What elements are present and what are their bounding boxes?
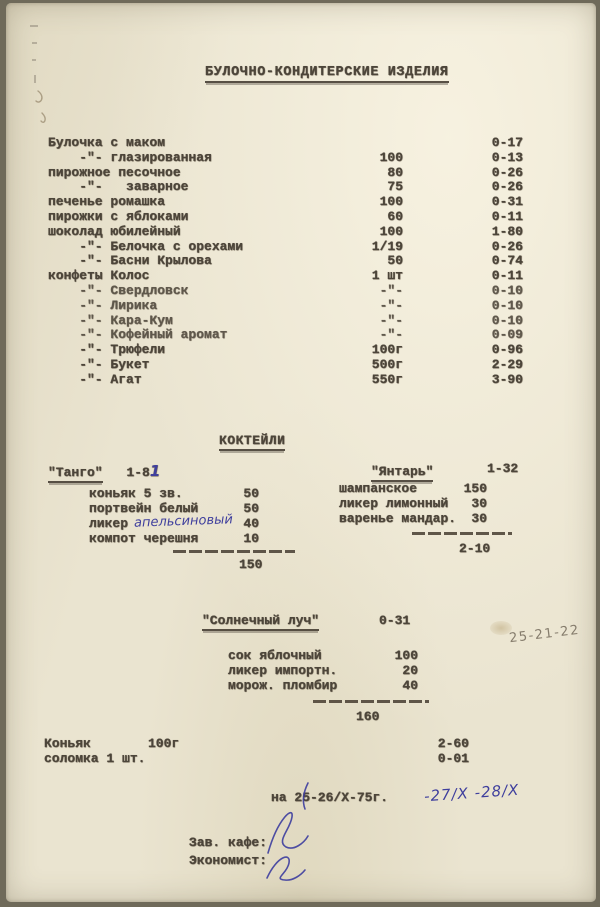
item-name: сок яблочный	[228, 648, 368, 663]
cocktails-heading: КОКТЕЙЛИ	[219, 433, 285, 451]
item-qty: 30	[451, 511, 487, 526]
menu-row: конфеты Колос1 шт0-11	[48, 269, 526, 284]
sunray-total-rule	[313, 700, 429, 703]
item-price: 0-26	[403, 240, 523, 255]
item-price: 0-01	[218, 751, 469, 766]
menu-row: -"- Лирика-"-0-10	[48, 299, 526, 314]
item-name: морож. пломбир	[228, 678, 368, 693]
item-price: 0-10	[403, 314, 523, 329]
item-price: 0-26	[403, 166, 523, 181]
item-name: -"- заварное	[48, 180, 328, 195]
yantar-total: 2-10	[459, 541, 490, 556]
item-qty: 30	[451, 496, 487, 511]
item-price: 2-29	[403, 358, 523, 373]
sunray-name: "Солнечный луч"	[202, 613, 319, 631]
menu-row: соломка 1 шт.0-01	[44, 751, 469, 766]
item-qty	[328, 136, 403, 151]
menu-row: -"- Букет500г2-29	[48, 358, 526, 373]
menu-row: шоколад юбилейный1001-80	[48, 225, 526, 240]
item-qty: 100г	[328, 343, 403, 358]
item-qty: 100	[328, 151, 403, 166]
item-price: 0-26	[403, 180, 523, 195]
yantar-price: 1-32	[487, 461, 518, 476]
cocktail-row: ликер импортн.20	[228, 663, 420, 678]
item-qty: 100г	[148, 736, 218, 751]
item-qty: 50	[328, 254, 403, 269]
item-qty	[148, 751, 218, 766]
cocktail-row: шампанское150	[339, 481, 489, 496]
item-price: 0-09	[403, 328, 523, 343]
item-qty: -"-	[328, 328, 403, 343]
item-price: 3-90	[403, 373, 523, 388]
item-price: 0-11	[403, 269, 523, 284]
tango-price-typed: 1-8	[126, 465, 149, 480]
item-price: 0-10	[403, 299, 523, 314]
tango-name: "Танго"	[48, 465, 103, 483]
yantar-name: "Янтарь"	[371, 464, 433, 482]
item-qty: 550г	[328, 373, 403, 388]
item-name: пирожки с яблоками	[48, 210, 328, 225]
yantar-header: "Янтарь"	[371, 464, 433, 479]
item-name: печенье ромашка	[48, 195, 328, 210]
item-name: -"- Басни Крылова	[48, 254, 328, 269]
item-price: 1-80	[403, 225, 523, 240]
menu-row: печенье ромашка1000-31	[48, 195, 526, 210]
item-price: 2-60	[218, 736, 469, 751]
item-price: 0-31	[403, 195, 523, 210]
item-name: конфеты Колос	[48, 269, 328, 284]
item-name: шоколад юбилейный	[48, 225, 328, 240]
page-title: БУЛОЧНО-КОНДИТЕРСКИЕ ИЗДЕЛИЯ	[205, 65, 449, 83]
menu-row: -"- заварное750-26	[48, 180, 526, 195]
sunray-header: "Солнечный луч"	[202, 613, 319, 628]
bakery-list: Булочка с маком0-17 -"- глазированная100…	[48, 136, 526, 388]
item-qty: 40	[368, 678, 418, 693]
menu-row: Булочка с маком0-17	[48, 136, 526, 151]
menu-row: -"- Белочка с орехами1/190-26	[48, 240, 526, 255]
cocktail-row: сок яблочный100	[228, 648, 420, 663]
item-name: ликер лимонный	[339, 496, 451, 511]
item-qty: 100	[328, 195, 403, 210]
pencil-mark	[32, 42, 37, 44]
item-price: 0-11	[403, 210, 523, 225]
item-name: -"- Букет	[48, 358, 328, 373]
cocktail-row: коньяк 5 зв.50	[89, 486, 259, 501]
item-qty: -"-	[328, 314, 403, 329]
menu-row: Коньяк100г2-60	[44, 736, 469, 751]
yantar-total-rule	[412, 532, 512, 535]
menu-row: -"- Басни Крылова500-74	[48, 254, 526, 269]
item-price: 0-13	[403, 151, 523, 166]
cocktail-row: компот черешня10	[89, 531, 259, 546]
item-price: 0-10	[403, 284, 523, 299]
item-qty: 80	[328, 166, 403, 181]
item-qty: 100	[368, 648, 418, 663]
tango-total: 150	[239, 557, 262, 572]
scanned-menu-page: БУЛОЧНО-КОНДИТЕРСКИЕ ИЗДЕЛИЯ Булочка с м…	[6, 3, 596, 902]
item-qty: 60	[328, 210, 403, 225]
menu-row: -"- Свердловск-"-0-10	[48, 284, 526, 299]
tango-total-rule	[173, 550, 295, 553]
item-name: -"- Агат	[48, 373, 328, 388]
sunray-items: сок яблочный100 ликер импортн.20 морож. …	[228, 648, 420, 693]
sunray-total: 160	[356, 709, 379, 724]
menu-row: -"- глазированная1000-13	[48, 151, 526, 166]
item-name: -"- глазированная	[48, 151, 328, 166]
pencil-mark	[32, 59, 36, 61]
item-qty: 1 шт	[328, 269, 403, 284]
cocktail-row: морож. пломбир40	[228, 678, 420, 693]
item-qty: 1/19	[328, 240, 403, 255]
item-name: соломка 1 шт.	[44, 751, 148, 766]
item-price: 0-96	[403, 343, 523, 358]
extras-list: Коньяк100г2-60 соломка 1 шт.0-01	[44, 736, 469, 766]
item-name: -"- Трюфели	[48, 343, 328, 358]
item-name: коньяк 5 зв.	[89, 486, 214, 501]
menu-row: -"- Трюфели100г0-96	[48, 343, 526, 358]
item-name: варенье мандар.	[339, 511, 451, 526]
item-name: -"- Свердловск	[48, 284, 328, 299]
item-name: -"- Кара-Кум	[48, 314, 328, 329]
menu-row: -"- Агат550г3-90	[48, 373, 526, 388]
yantar-items: шампанское150 ликер лимонный30 варенье м…	[339, 481, 489, 526]
item-name: -"- Лирика	[48, 299, 328, 314]
pencil-mark	[30, 25, 38, 27]
pencil-mark	[34, 75, 36, 83]
item-name: пирожное песочное	[48, 166, 328, 181]
item-name: Булочка с маком	[48, 136, 328, 151]
item-price: 0-17	[403, 136, 523, 151]
ink-smudge	[32, 83, 62, 128]
signature-economist	[261, 848, 311, 886]
item-qty: -"-	[328, 284, 403, 299]
item-name: Коньяк	[44, 736, 148, 751]
item-name: шампанское	[339, 481, 451, 496]
pencil-note: 25-21-22	[508, 623, 580, 647]
item-qty: 10	[214, 531, 259, 546]
item-qty: 50	[214, 486, 259, 501]
item-qty: 20	[368, 663, 418, 678]
tango-price-handwritten: 1	[150, 462, 160, 480]
cocktail-row: варенье мандар.30	[339, 511, 489, 526]
item-name: ликер импортн.	[228, 663, 368, 678]
cocktail-row: ликер лимонный30	[339, 496, 489, 511]
item-name: -"- Белочка с орехами	[48, 240, 328, 255]
item-price: 0-74	[403, 254, 523, 269]
menu-row: -"- Кара-Кум-"-0-10	[48, 314, 526, 329]
item-qty: -"-	[328, 299, 403, 314]
menu-row: -"- Кофейный аромат-"-0-09	[48, 328, 526, 343]
tango-header: "Танго" 1-81	[48, 462, 160, 480]
item-qty: 150	[451, 481, 487, 496]
item-name: -"- Кофейный аромат	[48, 328, 328, 343]
menu-row: пирожное песочное800-26	[48, 166, 526, 181]
sunray-price: 0-31	[379, 613, 410, 628]
item-qty: 75	[328, 180, 403, 195]
item-qty: 500г	[328, 358, 403, 373]
date-handwritten: -27/Х -28/Х	[423, 781, 519, 806]
item-name: компот черешня	[89, 531, 214, 546]
menu-row: пирожки с яблоками600-11	[48, 210, 526, 225]
item-qty: 100	[328, 225, 403, 240]
